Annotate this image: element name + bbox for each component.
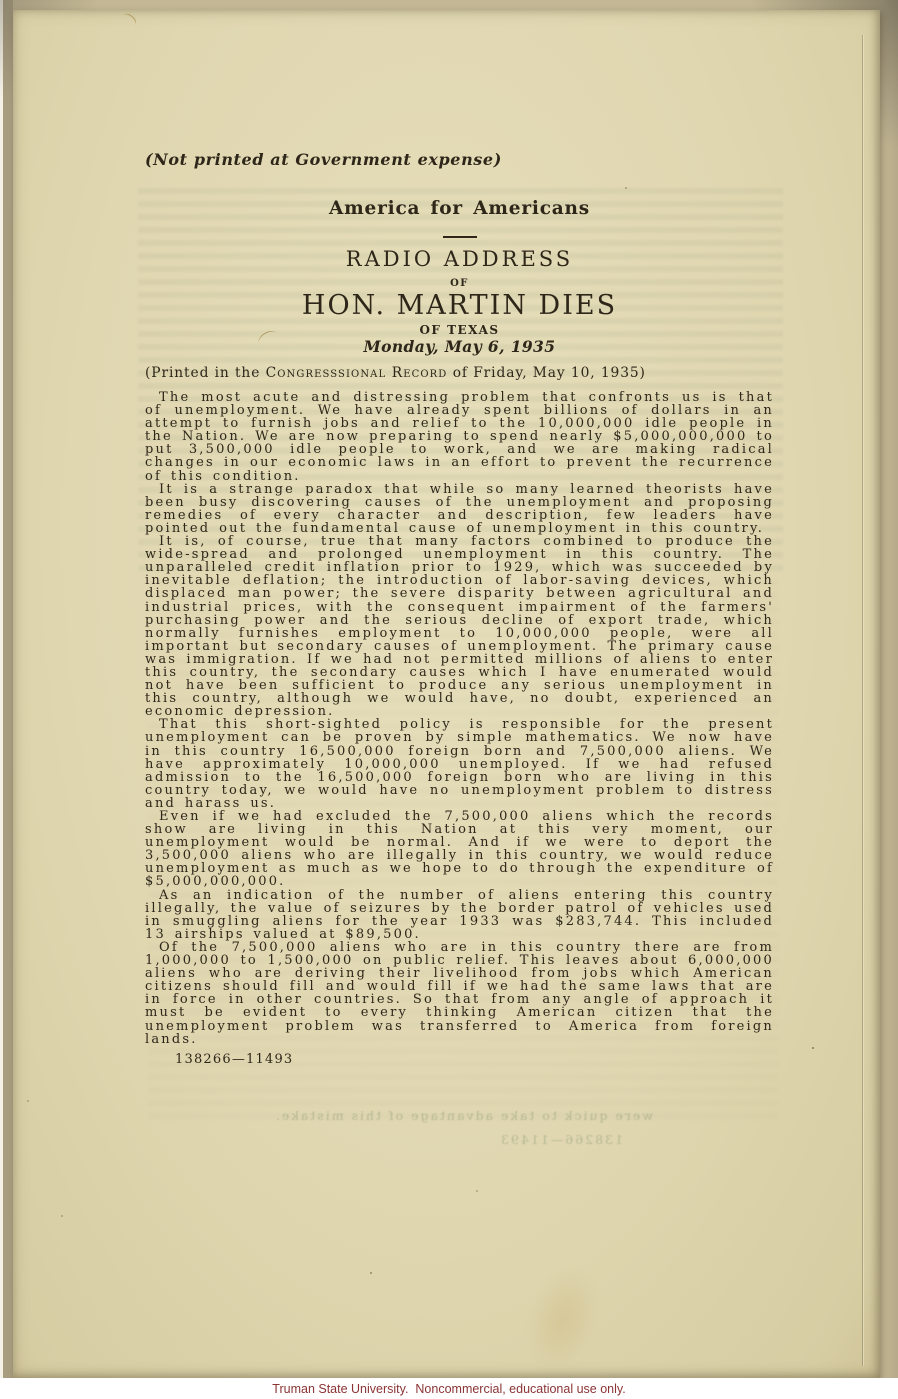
paragraph-6: As an indication of the number of aliens… [145, 889, 774, 941]
attribution-text: Truman State University. Noncommercial, … [272, 1382, 625, 1396]
congressional-record-name: Congresssional Record [266, 365, 448, 381]
paper-fiber [119, 11, 138, 30]
showthrough-text-fragment: were quick to take advantage of this mis… [313, 1108, 653, 1123]
printed-in-record-note: (Printed in the Congresssional Record of… [145, 365, 774, 381]
paragraph-4: That this short-sighted policy is respon… [145, 718, 774, 810]
paragraph-2: It is a strange paradox that while so ma… [145, 483, 774, 535]
paragraph-5: Even if we had excluded the 7,500,000 al… [145, 810, 774, 889]
title-divider [443, 236, 477, 238]
address-date: Monday, May 6, 1935 [145, 337, 774, 356]
address-body: The most acute and distressing problem t… [145, 391, 774, 1066]
print-job-number: 138266—11493 [175, 1053, 774, 1066]
of-word: OF [145, 278, 774, 289]
document-title: America for Americans [145, 198, 774, 219]
paragraph-7: Of the 7,500,000 aliens who are in this … [145, 941, 774, 1046]
showthrough-jobnumber-fragment: 138266—11493 [493, 1132, 623, 1147]
paper-stain [513, 1257, 614, 1383]
subtitle-radio-address: RADIO ADDRESS [145, 247, 774, 271]
printed-note-suffix: of Friday, May 10, 1935) [447, 365, 645, 381]
speaker-state: OF TEXAS [145, 323, 774, 337]
page-crease [862, 35, 863, 1366]
document-page: (Not printed at Government expense) Amer… [13, 10, 880, 1378]
expense-stamp: (Not printed at Government expense) [145, 150, 502, 169]
paragraph-3: It is, of course, true that many factors… [145, 535, 774, 718]
paragraph-1: The most acute and distressing problem t… [145, 391, 774, 483]
printed-note-prefix: (Printed in the [145, 365, 266, 381]
speaker-name: HON. MARTIN DIES [145, 290, 774, 321]
paper-specks [13, 10, 15, 12]
attribution-bar: Truman State University. Noncommercial, … [0, 1378, 898, 1399]
